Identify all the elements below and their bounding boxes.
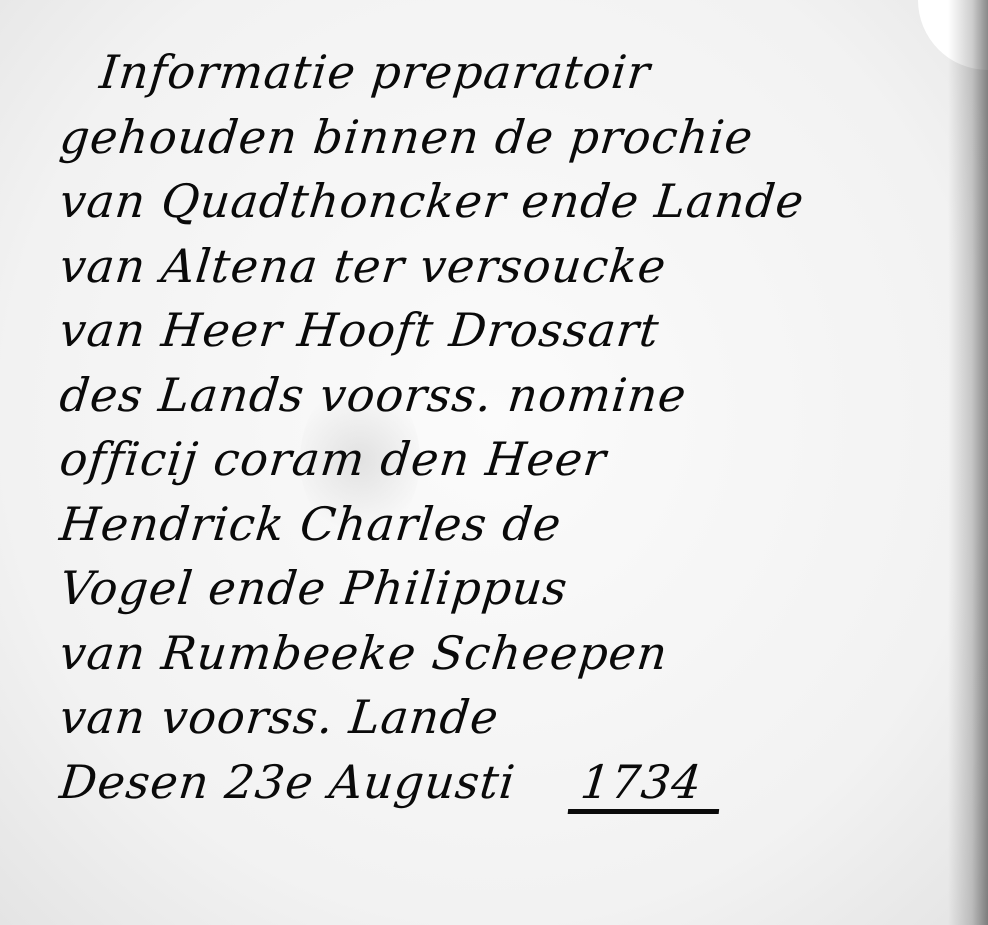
text-line-3: van Quadthoncker ende Lande <box>57 169 954 234</box>
year-text: 1734 <box>568 755 725 814</box>
line-text: Vogel ende Philippus <box>57 556 571 621</box>
date-line: Desen 23e Augusti 1734 <box>57 750 954 815</box>
line-text: des Lands voorss. nomine <box>57 363 690 428</box>
line-text: officij coram den Heer <box>57 427 610 492</box>
line-text: Hendrick Charles de <box>57 492 565 557</box>
text-line-7: officij coram den Heer <box>57 427 954 492</box>
date-text: Desen 23e Augusti <box>57 750 519 815</box>
page-edge-shadow <box>948 0 988 925</box>
text-line-6: des Lands voorss. nomine <box>57 363 954 428</box>
text-line-4: van Altena ter versoucke <box>57 234 954 299</box>
line-text: Informatie preparatoir <box>97 40 654 105</box>
line-text: van Quadthoncker ende Lande <box>57 169 808 234</box>
line-text: van Heer Hooft Drossart <box>57 298 663 363</box>
line-text: van Rumbeeke Scheepen <box>57 621 672 686</box>
text-line-2: gehouden binnen de prochie <box>57 105 954 170</box>
text-line-1: Informatie preparatoir <box>57 40 954 105</box>
manuscript-page: Informatie preparatoir gehouden binnen d… <box>0 0 988 925</box>
line-text: van Altena ter versoucke <box>57 234 670 299</box>
text-line-11: van voorss. Lande <box>57 685 954 750</box>
text-line-10: van Rumbeeke Scheepen <box>57 621 954 686</box>
text-line-9: Vogel ende Philippus <box>57 556 954 621</box>
text-line-8: Hendrick Charles de <box>57 492 954 557</box>
line-text: gehouden binnen de prochie <box>57 105 757 170</box>
text-line-5: van Heer Hooft Drossart <box>57 298 954 363</box>
manuscript-text: Informatie preparatoir gehouden binnen d… <box>60 40 950 814</box>
line-text: van voorss. Lande <box>57 685 503 750</box>
